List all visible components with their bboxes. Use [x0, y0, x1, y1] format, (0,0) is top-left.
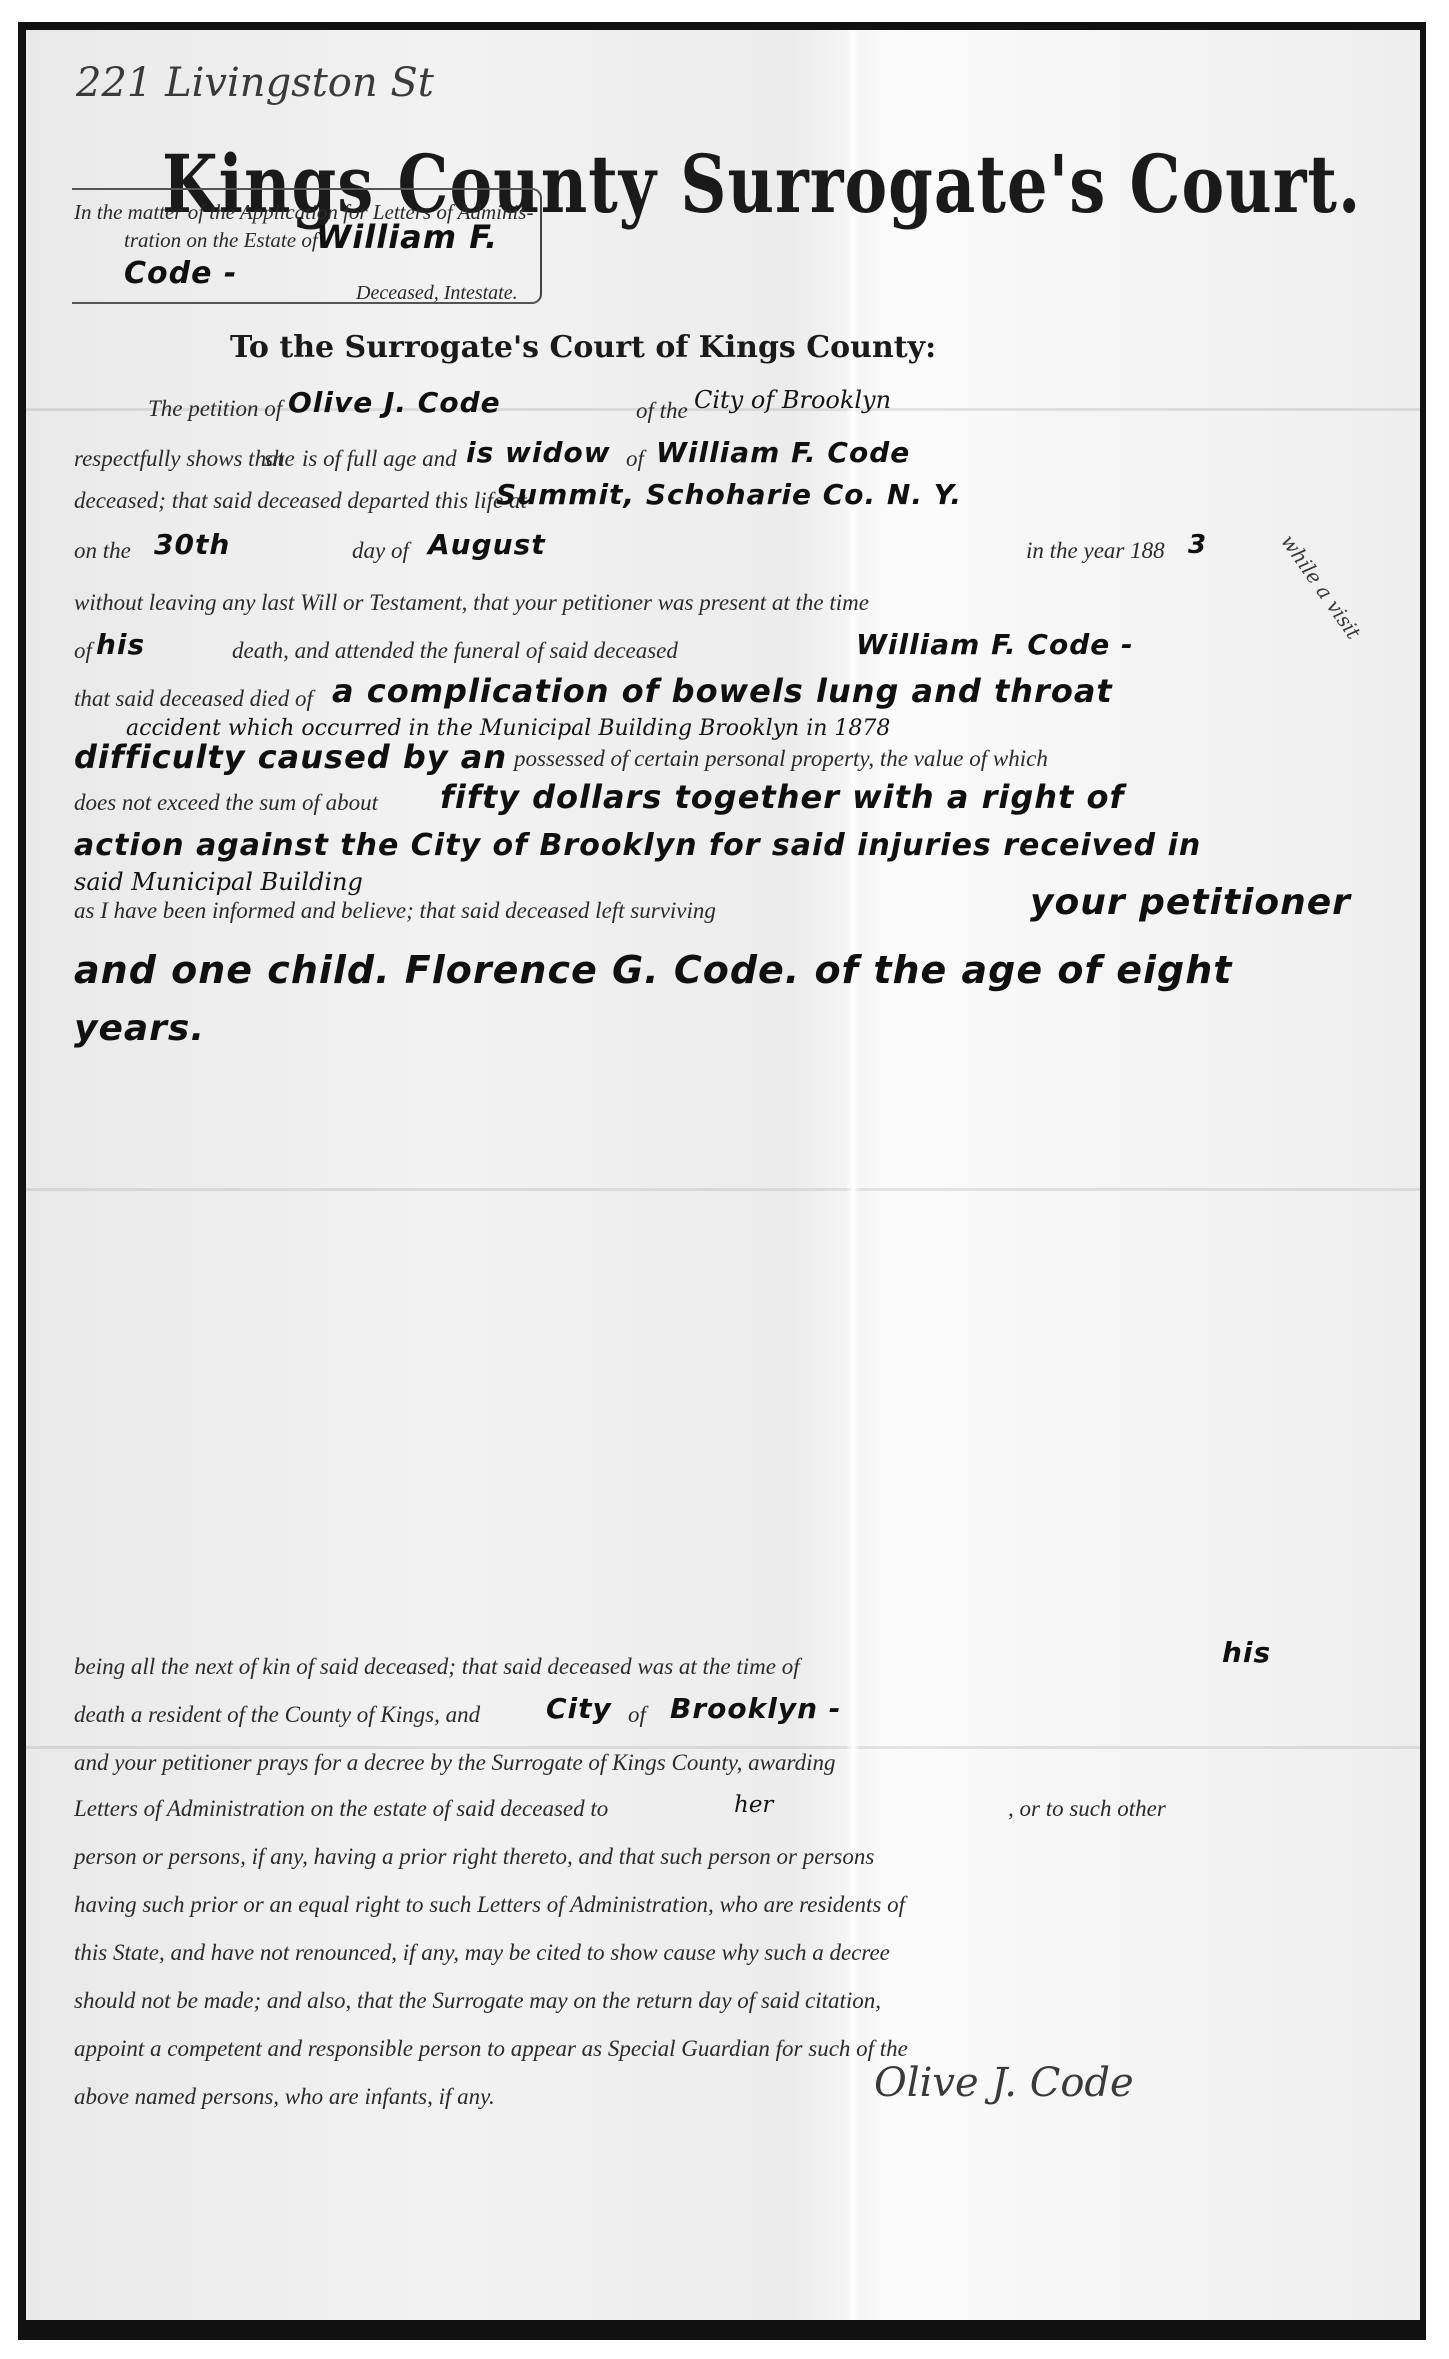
petition-pronoun: she: [264, 446, 295, 472]
petition-text: day of: [352, 538, 409, 564]
matter-line-2: tration on the Estate of: [124, 228, 318, 253]
document-page: 221 Livingston St Kings County Surrogate…: [26, 30, 1420, 2320]
petition-text: and your petitioner prays for a decree b…: [74, 1750, 836, 1776]
petition-text: does not exceed the sum of about: [74, 790, 378, 816]
petition-pronoun: her: [734, 1792, 773, 1818]
petition-text: of: [626, 446, 644, 472]
petition-text: Letters of Administration on the estate …: [74, 1796, 608, 1822]
petition-text: of: [628, 1702, 646, 1728]
estate-value-cont: action against the City of Brooklyn for …: [74, 828, 1201, 863]
petition-text: deceased; that said deceased departed th…: [74, 488, 527, 514]
petitioner-signature: Olive J. Code: [874, 2060, 1134, 2106]
petition-text: of: [74, 638, 92, 664]
petition-pronoun: his: [1222, 1636, 1271, 1669]
petition-text: above named persons, who are infants, if…: [74, 2084, 495, 2110]
deceased-name: William F.: [316, 218, 498, 256]
petition-text: person or persons, if any, having a prio…: [74, 1844, 874, 1870]
petition-pronoun: his: [96, 628, 145, 661]
cause-of-death-cont: difficulty caused by an: [74, 738, 507, 776]
petition-text: respectfully shows that: [74, 446, 284, 472]
petitioner-residence: City of Brooklyn: [694, 386, 891, 414]
petition-text: in the year 188: [1026, 538, 1165, 564]
residence-city: Brooklyn -: [670, 1692, 841, 1725]
cause-of-death: a complication of bowels lung and throat: [332, 672, 1113, 710]
petition-text: is of full age and: [302, 446, 457, 472]
deceased-surname: Code -: [124, 256, 237, 291]
petitioner-name: Olive J. Code: [288, 386, 501, 419]
death-place: Summit, Schoharie Co. N. Y.: [496, 478, 962, 511]
fold-line: [26, 1188, 1420, 1191]
estate-value-cont: said Municipal Building: [74, 868, 363, 896]
petition-text: this State, and have not renounced, if a…: [74, 1940, 890, 1966]
petition-text: death, and attended the funeral of said …: [232, 638, 678, 664]
petition-text: without leaving any last Will or Testame…: [74, 590, 869, 616]
petition-text: should not be made; and also, that the S…: [74, 1988, 881, 2014]
petition-text: being all the next of kin of said deceas…: [74, 1654, 800, 1680]
survivors: your petitioner: [1030, 882, 1351, 923]
matter-status: Deceased, Intestate.: [356, 282, 518, 305]
petition-text: on the: [74, 538, 131, 564]
address-annotation: 221 Livingston St: [76, 60, 434, 106]
petition-text: , or to such other: [1008, 1796, 1166, 1822]
petition-text: having such prior or an equal right to s…: [74, 1892, 905, 1918]
petition-text: The petition of: [148, 396, 282, 422]
petition-text: appoint a competent and responsible pers…: [74, 2036, 908, 2062]
death-month: August: [428, 528, 546, 561]
address-heading: To the Surrogate's Court of Kings County…: [230, 330, 936, 365]
residence-type: City: [546, 1692, 612, 1725]
deceased-name-value: William F. Code: [656, 436, 910, 469]
fold-crease: [846, 30, 860, 2320]
petition-text: that said deceased died of: [74, 686, 313, 712]
survivors-cont: and one child. Florence G. Code. of the …: [74, 948, 1232, 992]
petition-text: possessed of certain personal property, …: [514, 746, 1048, 772]
relation-value: is widow: [466, 436, 611, 469]
survivors-cont: years.: [74, 1008, 205, 1049]
petition-text: death a resident of the County of Kings,…: [74, 1702, 480, 1728]
deceased-name-value: William F. Code -: [856, 628, 1134, 661]
fold-line: [26, 1746, 1420, 1749]
petition-text: of the: [636, 398, 688, 424]
estate-value: fifty dollars together with a right of: [440, 778, 1124, 816]
death-day: 30th: [154, 528, 230, 561]
death-year-digit: 3: [1188, 530, 1207, 560]
petition-text: as I have been informed and believe; tha…: [74, 898, 716, 924]
margin-note: while a visit: [1276, 530, 1365, 643]
